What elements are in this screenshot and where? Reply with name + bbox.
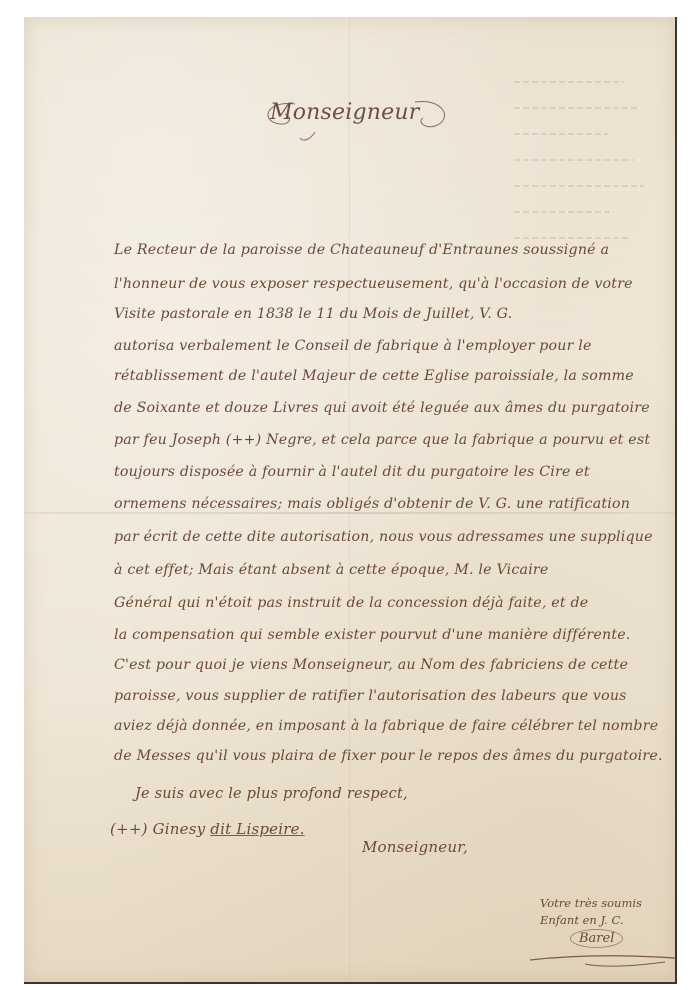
ink-bleed-through (514, 57, 654, 257)
letter-body-line: aviez déjà donnée, en imposant à la fabr… (114, 716, 658, 736)
letter-body-line: à cet effet; Mais étant absent à cette é… (114, 560, 549, 580)
signature-block: Votre très soumis Enfant en J. C. Barel (540, 895, 642, 948)
footnote-text: Ginesy (153, 820, 206, 838)
letter-body-line: par feu Joseph (++) Negre, et cela parce… (114, 430, 650, 450)
letter-body-line: toujours disposée à fournir à l'autel di… (114, 462, 590, 482)
signature-name: Barel (570, 929, 623, 948)
footnote: (++) Ginesy dit Lispeire. (110, 820, 305, 838)
letter-body-line: Le Recteur de la paroisse de Chateauneuf… (114, 240, 609, 260)
signature-flourish-icon (525, 950, 685, 970)
letter-body-line: la compensation qui semble exister pourv… (114, 625, 631, 645)
footnote-underlined-text: dit Lispeire. (210, 820, 304, 838)
closing-formula: Je suis avec le plus profond respect, (135, 786, 408, 802)
letter-body-line: de Messes qu'il vous plaira de fixer pou… (114, 746, 663, 766)
letter-body-line: ornemens nécessaires; mais obligés d'obt… (114, 494, 630, 514)
letter-body-line: de Soixante et douze Livres qui avoit ét… (114, 398, 650, 418)
letter-body-line: paroisse, vous supplier de ratifier l'au… (114, 686, 627, 706)
salutation: Monseigneur (270, 100, 419, 125)
letter-body-line: par écrit de cette dite autorisation, no… (114, 527, 653, 547)
letter-body-line: C'est pour quoi je viens Monseigneur, au… (114, 655, 628, 675)
footnote-marker: (++) (110, 820, 148, 838)
signoff: Monseigneur, (362, 838, 468, 856)
signature-line-2: Enfant en J. C. (540, 912, 642, 929)
letter-body-line: l'honneur de vous exposer respectueuseme… (114, 274, 633, 294)
signature-line-1: Votre très soumis (540, 895, 642, 912)
letter-body-line: autorisa verbalement le Conseil de fabri… (114, 336, 592, 356)
letter-body-line: Général qui n'étoit pas instruit de la c… (114, 593, 588, 613)
letter-body-line: Visite pastorale en 1838 le 11 du Mois d… (114, 304, 512, 324)
letter-body-line: rétablissement de l'autel Majeur de cett… (114, 366, 634, 386)
